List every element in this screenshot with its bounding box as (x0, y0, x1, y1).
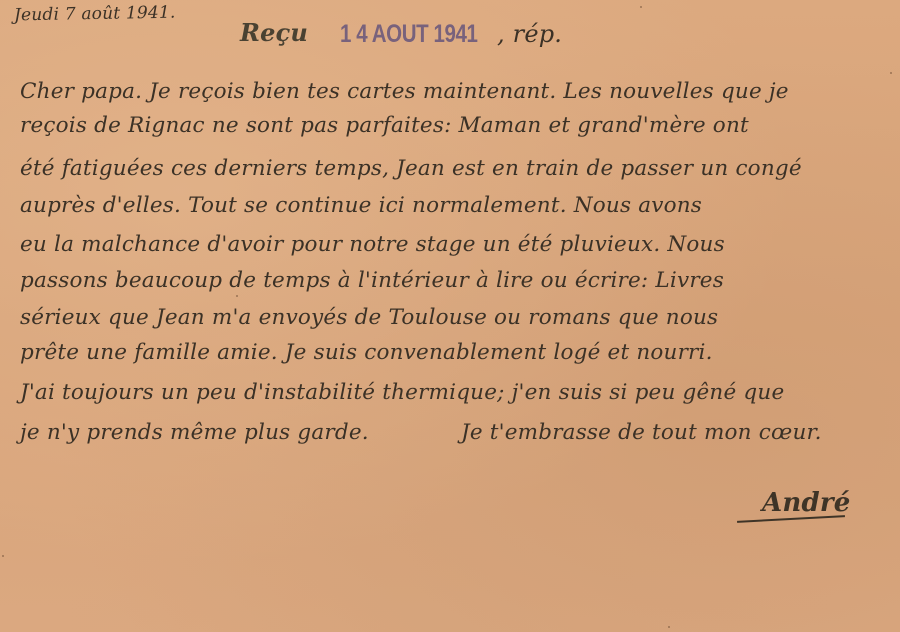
letter-line: auprès d'elles. Tout se continue ici nor… (20, 193, 702, 218)
postcard: Jeudi 7 août 1941. Reçu 1 4 AOUT 1941 , … (0, 0, 900, 632)
paper-speck (668, 626, 670, 628)
paper-speck (890, 72, 892, 74)
paper-speck (640, 6, 642, 8)
received-label: Reçu (240, 18, 308, 47)
letter-line: reçois de Rignac ne sont pas parfaites: … (20, 113, 749, 138)
paper-speck (236, 295, 238, 297)
received-date-stamp: 1 4 AOUT 1941 (340, 20, 477, 49)
letter-line: prête une famille amie. Je suis convenab… (20, 340, 713, 365)
letter-line: eu la malchance d'avoir pour notre stage… (20, 232, 725, 257)
reply-label: , rép. (497, 20, 562, 48)
date-written: Jeudi 7 août 1941. (14, 3, 176, 26)
paper-speck (2, 555, 4, 557)
letter-line: Cher papa. Je reçois bien tes cartes mai… (20, 79, 789, 104)
letter-line: sérieux que Jean m'a envoyés de Toulouse… (20, 305, 718, 330)
letter-line: passons beaucoup de temps à l'intérieur … (20, 268, 724, 293)
letter-line: été fatiguées ces derniers temps, Jean e… (20, 156, 802, 181)
letter-closing: Je t'embrasse de tout mon cœur. (461, 420, 822, 445)
signature: André (762, 488, 851, 518)
letter-line: je n'y prends même plus garde. (20, 420, 369, 445)
letter-line: J'ai toujours un peu d'instabilité therm… (20, 380, 784, 405)
